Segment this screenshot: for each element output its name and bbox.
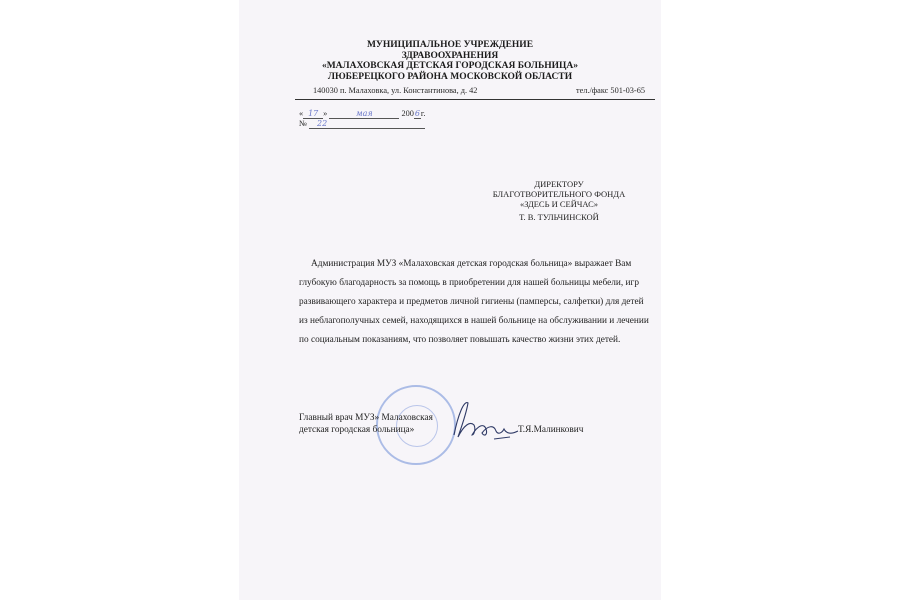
document-page: МУНИЦИПАЛЬНОЕ УЧРЕЖДЕНИЕ ЗДРАВООХРАНЕНИЯ… <box>239 0 661 600</box>
date-year-unit: г. <box>421 109 426 118</box>
letterhead-divider <box>295 99 655 100</box>
number-value: 22 <box>309 119 425 129</box>
address: 140030 п. Малаховка, ул. Константинова, … <box>313 86 477 95</box>
addressee-line: БЛАГОТВОРИТЕЛЬНОГО ФОНДА <box>459 189 659 199</box>
number-label: № <box>299 119 307 128</box>
body-paragraph: Администрация МУЗ «Малаховская детская г… <box>299 255 649 350</box>
phone: тел./факс 501-03-65 <box>576 86 645 95</box>
date-year-suffix: 6 <box>414 109 421 119</box>
addressee-block: ДИРЕКТОРУ БЛАГОТВОРИТЕЛЬНОГО ФОНДА «ЗДЕС… <box>459 179 659 222</box>
signatory-position: Главный врач МУЗ» Малаховская детская го… <box>299 412 433 436</box>
number-line: № 22 <box>299 119 425 129</box>
letterhead-line: ЗДРАВООХРАНЕНИЯ <box>239 51 661 62</box>
position-line: детская городская больница» <box>299 424 433 436</box>
handwritten-signature-icon <box>444 395 524 445</box>
letterhead-line: МУНИЦИПАЛЬНОЕ УЧРЕЖДЕНИЕ <box>239 40 661 51</box>
quote-close: » <box>323 109 327 118</box>
address-row: 140030 п. Малаховка, ул. Константинова, … <box>307 86 651 97</box>
date-day: 17 <box>303 109 323 119</box>
addressee-name: Т. В. ТУЛЬЧИНСКОЙ <box>459 212 659 222</box>
letterhead: МУНИЦИПАЛЬНОЕ УЧРЕЖДЕНИЕ ЗДРАВООХРАНЕНИЯ… <box>239 40 661 82</box>
date-year-prefix: 200 <box>401 109 413 118</box>
date-line: «17» мая 2006г. <box>299 109 425 119</box>
signatory-name: Т.Я.Малинкович <box>518 425 583 435</box>
date-month: мая <box>329 109 399 119</box>
position-line: Главный врач МУЗ» Малаховская <box>299 412 433 424</box>
letterhead-line: «МАЛАХОВСКАЯ ДЕТСКАЯ ГОРОДСКАЯ БОЛЬНИЦА» <box>239 61 661 72</box>
letter-body: Администрация МУЗ «Малаховская детская г… <box>299 255 649 350</box>
addressee-line: «ЗДЕСЬ И СЕЙЧАС» <box>459 199 659 209</box>
letterhead-line: ЛЮБЕРЕЦКОГО РАЙОНА МОСКОВСКОЙ ОБЛАСТИ <box>239 72 661 83</box>
addressee-line: ДИРЕКТОРУ <box>459 179 659 189</box>
